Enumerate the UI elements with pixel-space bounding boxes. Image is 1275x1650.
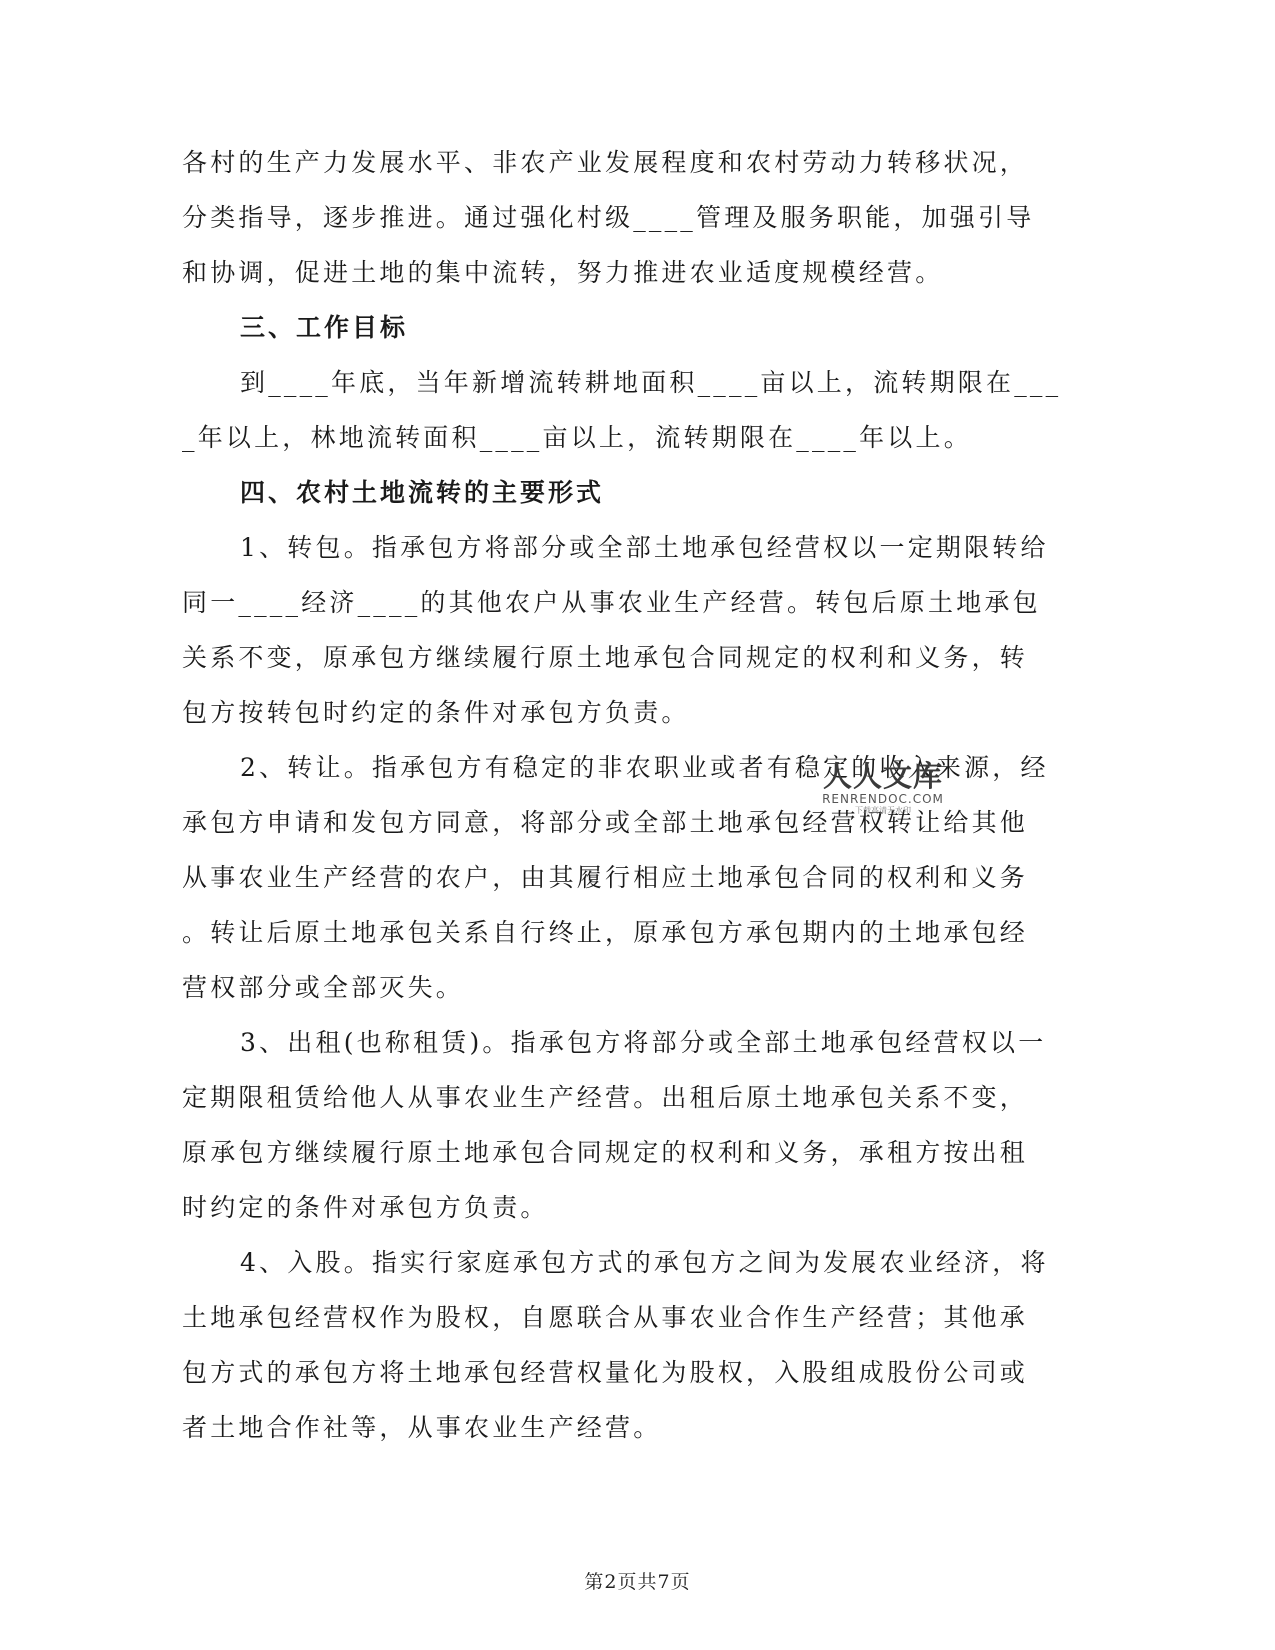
page-number-footer: 第2页共7页 <box>0 1567 1275 1594</box>
paragraph-line: 关系不变，原承包方继续履行原土地承包合同规定的权利和义务，转 <box>182 641 1028 675</box>
paragraph-line: 和协调，促进土地的集中流转，努力推进农业适度规模经营。 <box>182 256 943 290</box>
section-heading: 四、农村土地流转的主要形式 <box>240 476 604 510</box>
paragraph-line: 者土地合作社等，从事农业生产经营。 <box>182 1411 661 1445</box>
paragraph-line: 分类指导，逐步推进。通过强化村级____管理及服务职能，加强引导 <box>182 201 1034 235</box>
paragraph-line: 时约定的条件对承包方负责。 <box>182 1191 549 1225</box>
paragraph-line: 同一____经济____的其他农户从事农业生产经营。转包后原土地承包 <box>182 586 1041 620</box>
paragraph-line: _年以上，林地流转面积____亩以上，流转期限在____年以上。 <box>182 421 972 455</box>
paragraph-line: 3、出租(也称租赁)。指承包方将部分或全部土地承包经营权以一 <box>240 1026 1046 1060</box>
paragraph-line: 营权部分或全部灭失。 <box>182 971 464 1005</box>
section-heading: 三、工作目标 <box>240 311 408 345</box>
paragraph-line: 包方按转包时约定的条件对承包方负责。 <box>182 696 690 730</box>
watermark-domain: RENRENDOC.COM <box>818 792 948 806</box>
paragraph-line: 1、转包。指承包方将部分或全部土地承包经营权以一定期限转给 <box>240 531 1049 565</box>
paragraph-line: 各村的生产力发展水平、非农产业发展程度和农村劳动力转移状况， <box>182 146 1028 180</box>
paragraph-line: 4、入股。指实行家庭承包方式的承包方之间为发展农业经济，将 <box>240 1246 1049 1280</box>
watermark-logo-text: 人人文库 <box>818 760 948 792</box>
watermark-tagline: 下载高清无水印 <box>818 806 948 816</box>
paragraph-line: 土地承包经营权作为股权，自愿联合从事农业合作生产经营；其他承 <box>182 1301 1028 1335</box>
paragraph-line: 包方式的承包方将土地承包经营权量化为股权，入股组成股份公司或 <box>182 1356 1028 1390</box>
paragraph-line: 定期限租赁给他人从事农业生产经营。出租后原土地承包关系不变， <box>182 1081 1028 1115</box>
paragraph-line: 到____年底，当年新增流转耕地面积____亩以上，流转期限在___ <box>240 366 1061 400</box>
document-page: 各村的生产力发展水平、非农产业发展程度和农村劳动力转移状况，分类指导，逐步推进。… <box>0 0 1275 1650</box>
watermark: 人人文库 RENRENDOC.COM 下载高清无水印 <box>818 760 948 816</box>
paragraph-line: 从事农业生产经营的农户，由其履行相应土地承包合同的权利和义务 <box>182 861 1028 895</box>
paragraph-line: 。转让后原土地承包关系自行终止，原承包方承包期内的土地承包经 <box>182 916 1028 950</box>
paragraph-line: 原承包方继续履行原土地承包合同规定的权利和义务，承租方按出租 <box>182 1136 1028 1170</box>
